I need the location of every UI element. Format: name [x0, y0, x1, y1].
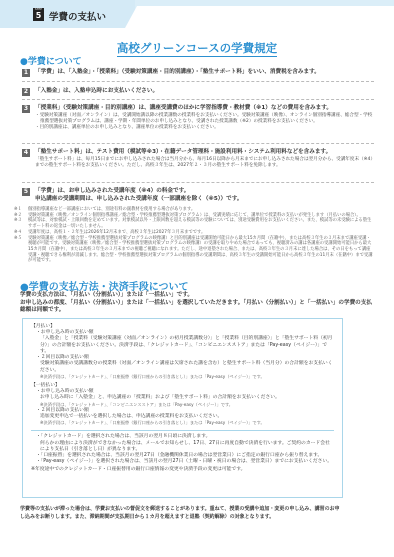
payment-intro-line: 学費の支払方法は、「月払い（分割払い）」または「一括払い」です。 — [20, 292, 375, 300]
fee-item-text: 「学費」は、お申し込みされた受講年度（※4）の料金です。 — [35, 187, 242, 195]
footnote-text: 模試等は、対象模試・上限回数を定めています。対象模試以外・上限回数を超える模試等… — [28, 218, 374, 229]
number-badge: 4 — [22, 149, 30, 157]
fee-item-1: 1 「学費」は、「入塾金」・「授業料」（受験対策講座・目的別講座）・「塾生サポー… — [22, 68, 374, 77]
footnote-mark: ※３ — [14, 218, 28, 229]
number-badge: 5 — [22, 188, 30, 196]
fee-item-bullet: ・目的別講座は、講座単位のお申し込みとなり、講座単位の授業料をお支払いください。 — [22, 125, 374, 131]
number-badge: 3 — [22, 105, 30, 113]
fee-item-bullet: ・受験対策講座（対面／オンライン）は、受講開始講以降の授業講数の授業料をお支払い… — [22, 113, 374, 125]
fee-item-4: 4 「塾生サポート料」は、テスト費用（模試等※3）・在籍データ管理料・施設利用料… — [22, 148, 374, 169]
footnote: ※５ 受験対策講座（映像／総合型・学校推薦型選抜対策プログラムの映像講）と目的別… — [14, 236, 374, 265]
footnote: ※３ 模試等は、対象模試・上限回数を定めています。対象模試以外・上限回数を超える… — [14, 218, 374, 229]
section-heading-payment: ●学費の支払方法・決済手段について — [20, 278, 189, 293]
fee-item-text: 「塾生サポート料」は、テスト費用（模試等※3）・在籍データ管理料・施設利用料・シ… — [35, 148, 331, 156]
dashed-divider — [22, 143, 374, 144]
section-heading-fees: ●学費について — [20, 54, 82, 67]
header-title: 学費の支払い — [49, 9, 106, 23]
payment-intro: 学費の支払方法は、「月払い（分割払い）」または「一括払い」です。 お申し込みの都… — [20, 292, 375, 315]
monthly-label: 【月払い】 — [31, 323, 334, 330]
footnote-text: 受験対策講座（映像／総合型・学校推薦型選抜対策プログラムの映像講）と目的別講座は… — [28, 236, 374, 265]
footnote-mark: ※５ — [14, 236, 28, 265]
number-badge: 1 — [22, 69, 30, 77]
fee-item-3: 3 「授業料」（受験対策講座・目的別講座）は、講座受講費のほかに学習指導費・教材… — [22, 104, 374, 131]
page-title-text: 高校グリーンコースの学費規定 — [117, 41, 277, 57]
payment-note: ・「Pay-easy（ペイジー）」を選択された場合は、当該月の翌月27日（土曜・… — [31, 459, 334, 465]
footnotes: ※１ 個別指導講座など一部講座においては、別途有料の副教材を使用する場合がありま… — [14, 207, 374, 264]
fee-item-text-2: 申込講座の受講期間は、申し込みされた受講年度（一部講座を除く（※5））です。 — [35, 195, 242, 203]
fee-item-5: 5 「学費」は、お申し込みされた受講年度（※4）の料金です。 申込講座の受講期間… — [22, 187, 374, 203]
monthly-second-note: ※決済手段は、「クレジットカード」、「口座振替（銀行口座からの引き落とし）」また… — [31, 374, 334, 380]
lump-second-note: ※決済手段は、「クレジットカード」、「口座振替（銀行口座からの引き落とし）」また… — [31, 420, 334, 426]
payment-intro-line: お申し込みの都度、「月払い（分割払い）」または「一括払い」を選択していただきます… — [20, 300, 375, 315]
payment-method-box: 【月払い】 ・お申し込み時の支払い額 「入塾金」と「授業料（受験対策講座（対面／… — [22, 318, 343, 498]
number-badge: 2 — [22, 88, 30, 96]
dashed-divider — [22, 99, 374, 100]
dashed-divider — [22, 81, 374, 82]
fee-item-body: 「塾生サポート料」は、毎月15日までにお申し込みされた場合は当月分から、毎月16… — [22, 157, 374, 169]
dashed-divider — [22, 182, 374, 183]
late-payment-notice: 学費等の支払いが滞った場合は、学費お支払いの督促文を郵送することがあります。重ね… — [20, 506, 340, 521]
fee-item-text: 「学費」は、「入塾金」・「授業料」（受験対策講座・目的別講座）・「塾生サポート料… — [35, 68, 320, 76]
box-divider — [31, 430, 334, 431]
monthly-first-body: 「入塾金」と「授業料（受験対策講座（対面／オンライン）の初月授業講数分）」と「授… — [31, 336, 334, 355]
fee-item-text: 「入塾金」は、入塾申込時にお支払いください。 — [35, 87, 158, 95]
monthly-second-body: 受験対策講座の受講講数分の授業料（対面／オンライン講座は欠席された講を含む）と塾… — [31, 361, 334, 374]
payment-note: 何らかの理由により決済ができなかった場合は、メールでお知らせし、17日、27日に… — [31, 441, 334, 454]
fee-item-text: 「授業料」（受験対策講座・目的別講座）は、講座受講費のほかに学習指導費・教材費（… — [35, 104, 332, 112]
header-white-cut — [125, 6, 394, 28]
fee-item-2: 2 「入塾金」は、入塾申込時にお支払いください。 — [22, 87, 374, 96]
step-badge: STEP 5 — [33, 8, 44, 21]
payment-note: ※年度途中でのクレジットカード・口座振替用の銀行口座情報の変更や決済手段の変更は… — [31, 466, 334, 473]
step-number: 5 — [33, 11, 44, 20]
